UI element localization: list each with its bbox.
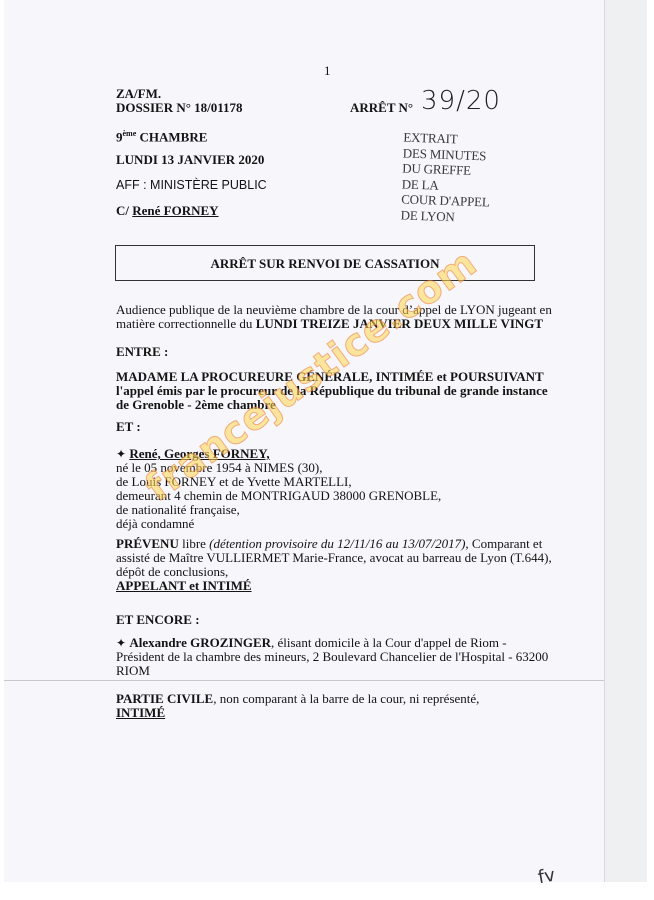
dossier-number: DOSSIER N° 18/01178: [116, 101, 243, 115]
entre-label: ENTRE :: [116, 345, 168, 359]
partie-civile-name: Alexandre GROZINGER: [129, 635, 271, 650]
page-number: 1: [324, 64, 331, 78]
partie-civile-status: PARTIE CIVILE: [116, 691, 213, 706]
document-page: [4, 0, 604, 882]
plaignant-line: l'appel émis par le procureur de la Répu…: [116, 384, 536, 398]
audience-text: matière correctionnelle du: [116, 316, 256, 331]
diamond-bullet-icon: ✦: [116, 447, 126, 461]
prevenu-name: René, Georges FORNEY,: [129, 446, 269, 461]
status-text: , Comparant et: [465, 536, 542, 551]
depot-line: dépôt de conclusions,: [116, 565, 536, 579]
plaignant-block: MADAME LA PROCUREURE GÉNÉRALE, INTIMÉE e…: [116, 370, 536, 412]
document-title: ARRÊT SUR RENVOI DE CASSATION: [116, 256, 534, 272]
partie-civile-line: Président de la chambre des mineurs, 2 B…: [116, 650, 536, 664]
reference-initials: ZA/FM.: [116, 87, 161, 101]
partie-civile-line: , élisant domicile à la Cour d'appel de …: [271, 635, 507, 650]
partie-civile-block: ✦ Alexandre GROZINGER, élisant domicile …: [116, 636, 536, 678]
prevenu-status: PRÉVENU: [116, 536, 179, 551]
title-box: ARRÊT SUR RENVOI DE CASSATION: [115, 245, 535, 281]
chambre-label: CHAMBRE: [140, 129, 208, 144]
page-edge-shadow: [604, 0, 647, 882]
arret-label: ARRÊT N°: [350, 101, 413, 115]
prevenu-line: de Louis FORNEY et de Yvette MARTELLI,: [116, 475, 536, 489]
prevenu-role: APPELANT et INTIMÉ: [116, 579, 536, 593]
chambre-suffix: ème: [123, 129, 137, 138]
audience-date: LUNDI 13 JANVIER 2020: [116, 153, 264, 167]
chambre: 9ème CHAMBRE: [116, 127, 207, 144]
et-label: ET :: [116, 420, 141, 434]
avocat-line: assisté de Maître VULLIERMET Marie-Franc…: [116, 551, 536, 565]
greffe-stamp: EXTRAIT DES MINUTES DU GREFFE DE LA COUR…: [400, 129, 492, 225]
partie-civile-status-block: PARTIE CIVILE, non comparant à la barre …: [116, 692, 536, 720]
audience-date-words: LUNDI TREIZE JANVIER DEUX MILLE VINGT: [256, 316, 543, 331]
prevenu-block: ✦ René, Georges FORNEY, né le 05 novembr…: [116, 447, 536, 531]
status-text: , non comparant à la barre de la cour, n…: [213, 691, 479, 706]
prevenu-line: déjà condamné: [116, 517, 536, 531]
audience-paragraph: Audience publique de la neuvième chambre…: [116, 303, 536, 331]
audience-line: matière correctionnelle du LUNDI TREIZE …: [116, 317, 536, 331]
plaignant-line: de Grenoble - 2ème chambre: [116, 398, 536, 412]
plaignant-line: MADAME LA PROCUREURE GÉNÉRALE, INTIMÉE e…: [116, 370, 536, 384]
arret-number-handwritten: 39/20: [421, 88, 501, 114]
prevenu-line: de nationalité française,: [116, 503, 536, 517]
partie-civile-role: INTIMÉ: [116, 706, 536, 720]
prevenu-line: né le 05 novembre 1954 à NIMES (30),: [116, 461, 536, 475]
contre-party: C/ René FORNEY: [116, 204, 219, 218]
handwritten-initials: fv: [536, 865, 556, 889]
stamp-line: DE LYON: [400, 207, 489, 226]
et-encore-label: ET ENCORE :: [116, 613, 200, 627]
scan-fold-line: [4, 680, 604, 681]
prevenu-line: demeurant 4 chemin de MONTRIGAUD 38000 G…: [116, 489, 536, 503]
audience-line: Audience publique de la neuvième chambre…: [116, 303, 536, 317]
status-text: libre: [179, 536, 209, 551]
prevenu-status-block: PRÉVENU libre (détention provisoire du 1…: [116, 537, 536, 593]
diamond-bullet-icon: ✦: [116, 636, 126, 650]
partie-civile-line: RIOM: [116, 664, 536, 678]
affaire: AFF : MINISTÈRE PUBLIC: [116, 178, 267, 192]
contre-name: René FORNEY: [132, 203, 218, 218]
contre-prefix: C/: [116, 203, 132, 218]
detention-period: (détention provisoire du 12/11/16 au 13/…: [209, 536, 465, 551]
